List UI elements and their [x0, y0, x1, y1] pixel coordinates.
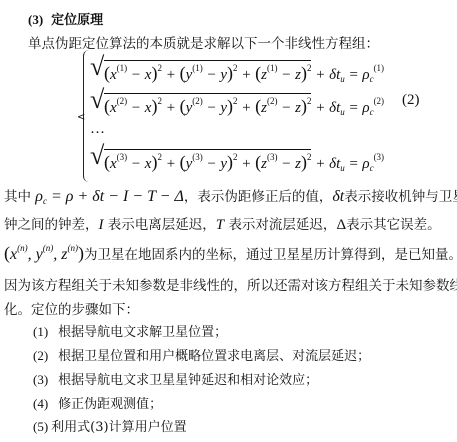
equation-row-3: √(x(3) − x)2 + (y(3) − y)2 + (z(3) − z)2…: [90, 149, 384, 173]
equation-row-1: √(x(1) − x)2 + (y(1) − y)2 + (z(1) − z)2…: [90, 60, 384, 84]
explanation-line-1: 其中 ρc = ρ + δt − I − T − Δ，表示伪距修正后的值，δt表…: [4, 185, 457, 206]
corrected-pseudorange-formula: ρc = ρ + δt − I − T − Δ: [35, 188, 184, 205]
coordinates-line: (x(n), y(n), z(n))为卫星在地固系内的坐标，通过卫星星历计算得到…: [4, 243, 457, 264]
explanation-line-2: 钟之间的钟差，I 表示电离层延迟，T 表示对流层延迟，Δ表示其它误差。: [4, 213, 441, 234]
step-item: (1)根据导航电文求解卫星位置；: [33, 321, 227, 340]
intro-text: 单点伪距定位算法的本质就是求解以下一个非线性方程组：: [28, 32, 379, 52]
section-number: (3): [28, 12, 43, 27]
linearization-line-1: 因为该方程组关于未知参数是非线性的，所以还需对该方程组关于未知参数线性: [4, 274, 457, 294]
step-item: (2)根据卫星位置和用户概略位置求电离层、对流层延迟；: [33, 345, 370, 364]
step-item: (5)利用式(3)计算用户位置: [33, 416, 187, 435]
satellite-coords-formula: (x(n), y(n), z(n)): [4, 246, 84, 263]
equation-row-2: √(x(2) − x)2 + (y(2) − y)2 + (z(2) − z)2…: [90, 93, 384, 117]
equation-brace-tip: <: [77, 112, 85, 123]
equation-ellipsis: …: [90, 121, 105, 138]
equation-number: (2): [402, 92, 420, 109]
section-heading: (3)定位原理: [28, 9, 103, 28]
step-item: (4)修正伪距观测值；: [33, 393, 162, 412]
step-item: (3)根据导航电文求卫星星钟延迟和相对论效应；: [33, 369, 318, 388]
linearization-line-2: 化。定位的步骤如下：: [4, 298, 139, 318]
section-title: 定位原理: [51, 13, 103, 28]
